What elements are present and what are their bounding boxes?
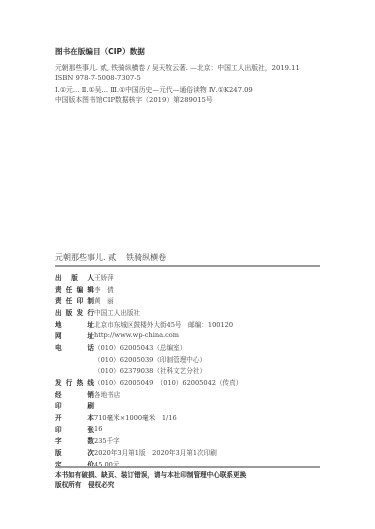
colophon-value: （010）62005049 （010）62005042（传真） (94, 377, 242, 387)
colophon-label: 经销 (55, 389, 94, 399)
label-char: 版 (55, 447, 62, 457)
book-title: 元朝那些事儿. 贰铁骑纵横卷 (55, 253, 166, 263)
label-char: 编 (77, 284, 84, 294)
colophon-value: 710毫米×1000毫米 1/16 (94, 412, 177, 422)
colophon-value: 黄 丽 (94, 295, 114, 305)
label-char: 址 (87, 330, 94, 340)
cip-data-block: 图书在版编目（CIP）数据 元朝那些事儿. 贰, 铁骑纵横卷 / 吴天牧云著. … (55, 46, 355, 105)
colophon-value: 王娇萍 (94, 272, 114, 282)
cip-approval-number: 中国版本图书馆CIP数据核字（2019）第289015号 (55, 96, 355, 106)
colophon-row: 印刷 (55, 400, 335, 412)
colophon-label: 网址 (55, 330, 94, 340)
colophon-row: 字数235千字 (55, 435, 335, 447)
label-char: 经 (55, 389, 62, 399)
colophon-label: 印张 (55, 424, 94, 434)
label-char: 印 (77, 295, 84, 305)
label-char: 印 (55, 400, 62, 410)
label-char: 版 (71, 272, 78, 282)
colophon-label: 责任印制 (55, 295, 94, 305)
colophon-table: 出版人王娇萍责任编辑李 倩责任印制黄 丽出版发行中国工人出版社地址北京市东城区鼓… (55, 271, 335, 470)
label-char: 印 (55, 424, 62, 434)
label-char: 出 (55, 272, 62, 282)
label-char: 制 (87, 295, 94, 305)
label-char: 刷 (87, 400, 94, 410)
label-char: 出 (55, 307, 62, 317)
book-volume-title: 铁骑纵横卷 (126, 253, 166, 262)
colophon-value: （010）62005043（总编室） (94, 342, 186, 352)
label-char: 址 (87, 319, 94, 329)
footer-notice: 本书如有破损、缺页、装订错误，请与本社印制管理中心联系更换 版权所有 侵权必究 (55, 470, 246, 490)
label-char: 辑 (87, 284, 94, 294)
colophon-row: 定价45.00元 (55, 458, 335, 470)
label-char: 行 (87, 307, 94, 317)
label-char: 发 (55, 377, 62, 387)
colophon-row: 地址北京市东城区鼓楼外大街45号 邮编：100120 (55, 318, 335, 330)
colophon-row: 责任印制黄 丽 (55, 294, 335, 306)
label-char: 人 (87, 272, 94, 282)
book-series-title: 元朝那些事儿. 贰 (55, 253, 116, 262)
label-char: 线 (87, 377, 94, 387)
top-divider (55, 265, 320, 267)
colophon-row: （010）62379038（社科文艺分社） (55, 365, 335, 377)
label-char: 张 (87, 424, 94, 434)
colophon-value: 李 倩 (94, 284, 114, 294)
label-char: 地 (55, 319, 62, 329)
colophon-label: 发行热线 (55, 377, 94, 387)
label-char: 责 (55, 295, 62, 305)
colophon-row: 版次2020年3月第1版 2020年3月第1次印刷 (55, 446, 335, 458)
label-char: 次 (87, 447, 94, 457)
colophon-label: 开本 (55, 412, 94, 422)
colophon-row: 网址http://www.wp-china.com (55, 329, 335, 341)
colophon-label: 字数 (55, 435, 94, 445)
label-char: 话 (87, 342, 94, 352)
colophon-value: 北京市东城区鼓楼外大街45号 邮编：100120 (94, 319, 233, 329)
label-char: 网 (55, 330, 62, 340)
colophon-value: 各地书店 (94, 389, 120, 399)
colophon-label: 地址 (55, 319, 94, 329)
colophon-value: 中国工人出版社 (94, 307, 140, 317)
colophon-row: 责任编辑李 倩 (55, 283, 335, 295)
label-char: 发 (77, 307, 84, 317)
replacement-notice: 本书如有破损、缺页、装订错误，请与本社印制管理中心联系更换 (55, 470, 246, 480)
cip-heading: 图书在版编目（CIP）数据 (55, 46, 355, 57)
label-char: 销 (87, 389, 94, 399)
copyright-notice: 版权所有 侵权必究 (55, 480, 246, 490)
colophon-row: （010）62005039（印制管理中心） (55, 353, 335, 365)
label-char: 版 (66, 307, 73, 317)
colophon-label: 版次 (55, 447, 94, 457)
colophon-value: 235千字 (94, 435, 120, 445)
label-char: 字 (55, 435, 62, 445)
label-char: 本 (87, 412, 94, 422)
colophon-row: 印张16 (55, 423, 335, 435)
colophon-label: 印刷 (55, 400, 94, 410)
colophon-value: （010）62379038（社科文艺分社） (94, 365, 206, 375)
colophon-row: 经销各地书店 (55, 388, 335, 400)
label-char: 责 (55, 284, 62, 294)
label-char: 热 (77, 377, 84, 387)
label-char: 任 (66, 284, 73, 294)
colophon-label: 责任编辑 (55, 284, 94, 294)
cip-isbn: ISBN 978-7-5008-7307-5 (55, 74, 355, 84)
label-char: 数 (87, 435, 94, 445)
cip-classification: Ⅰ.①元… Ⅱ.①吴… Ⅲ.①中国历史—元代—通俗读物 Ⅳ.①K247.09 (55, 86, 355, 96)
label-char: 行 (66, 377, 73, 387)
colophon-label: 出版人 (55, 272, 94, 282)
colophon-row: 出版发行中国工人出版社 (55, 306, 335, 318)
label-char: 电 (55, 342, 62, 352)
colophon-label: 出版发行 (55, 307, 94, 317)
bottom-divider (55, 466, 320, 468)
colophon-row: 电话（010）62005043（总编室） (55, 341, 335, 353)
cip-bibliographic-line: 元朝那些事儿. 贰, 铁骑纵横卷 / 吴天牧云著. —北京：中国工人出版社，20… (55, 64, 355, 74)
colophon-value: http://www.wp-china.com (94, 331, 179, 339)
colophon-row: 开本710毫米×1000毫米 1/16 (55, 411, 335, 423)
colophon-label: 电话 (55, 342, 94, 352)
colophon-value: 2020年3月第1版 2020年3月第1次印刷 (94, 447, 217, 457)
colophon-value: 16 (94, 425, 102, 433)
colophon-row: 出版人王娇萍 (55, 271, 335, 283)
colophon-row: 发行热线（010）62005049 （010）62005042（传真） (55, 376, 335, 388)
label-char: 开 (55, 412, 62, 422)
label-char: 任 (66, 295, 73, 305)
colophon-value: （010）62005039（印制管理中心） (94, 354, 206, 364)
